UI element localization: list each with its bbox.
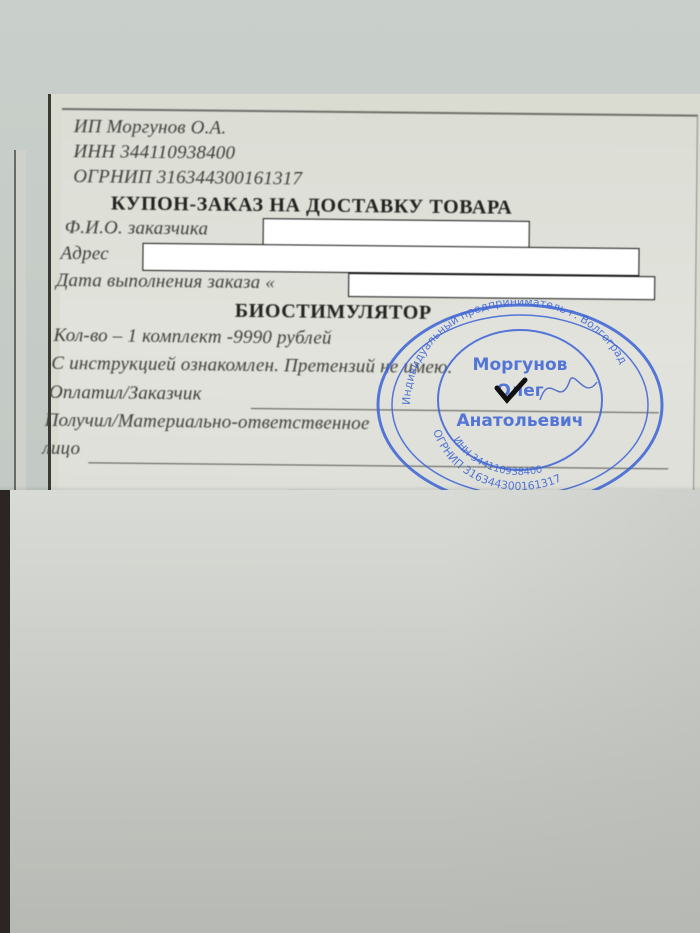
stamp-line-1: Моргунов	[473, 355, 568, 375]
quantity-line: Кол-во – 1 комплект -9990 рублей	[53, 325, 331, 350]
signature-scribble	[540, 378, 597, 400]
stamp-line-3: Анатольевич	[457, 411, 584, 431]
issuer-ogrnip: ОГРНИП 316344300161317	[73, 166, 302, 190]
received-label-cont: лицо	[42, 438, 80, 460]
folded-paper-flap	[0, 490, 700, 933]
coupon-edge	[14, 150, 26, 510]
paid-label: Оплатил/Заказчик	[49, 382, 202, 406]
seal-stamp: Индивидуальный предприниматель г. Волгог…	[375, 300, 665, 510]
received-label: Получил/Материально-ответственное	[45, 410, 370, 435]
coupon-title: КУПОН-ЗАКАЗ НА ДОСТАВКУ ТОВАРА	[111, 193, 513, 220]
issuer-inn: ИНН 344110938400	[73, 141, 235, 165]
issuer-name: ИП Моргунов О.А.	[74, 116, 227, 140]
fold-shade	[450, 490, 700, 933]
order-date-label: Дата выполнения заказа «	[56, 270, 275, 294]
address-label: Адрес	[60, 243, 109, 266]
order-date-redaction	[348, 273, 655, 300]
customer-name-label: Ф.И.О. заказчика	[65, 217, 209, 241]
